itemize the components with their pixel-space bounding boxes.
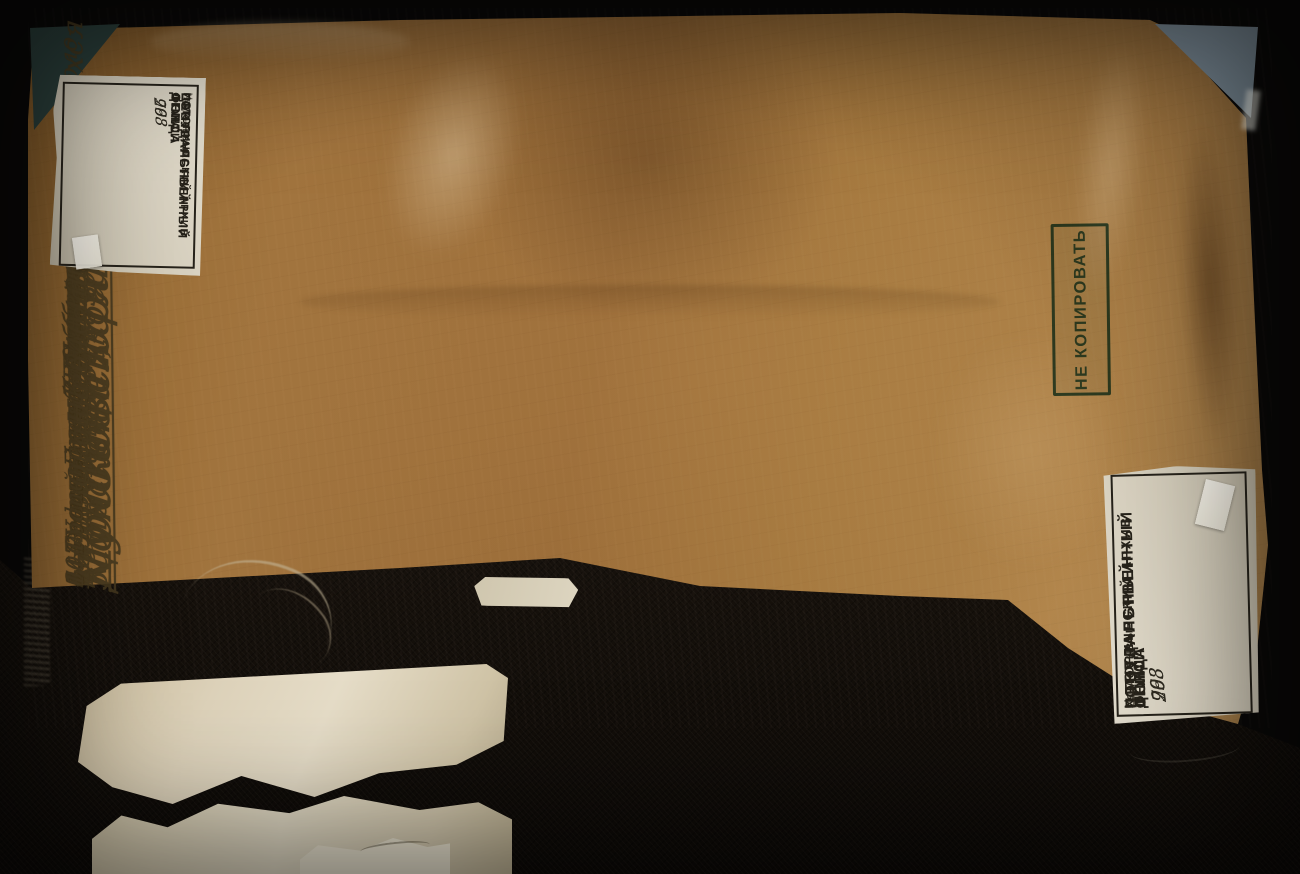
torn-paper-piece xyxy=(473,573,579,610)
tape-piece xyxy=(72,234,102,269)
field-label: ДЕЛА xyxy=(168,92,183,131)
label-frame: ЦЕНТРАЛЬНЫЙ ГОСУДАРСТВЕННЫЙ ИСТОРИЧЕСКИЙ… xyxy=(1110,471,1252,716)
handwritten-value: 99 xyxy=(1147,678,1171,702)
archive-label-right: ЦЕНТРАЛЬНЫЙ ГОСУДАРСТВЕННЫЙ ИСТОРИЧЕСКИЙ… xyxy=(1103,464,1262,724)
handwritten-value: 99 xyxy=(151,97,170,118)
archival-book-cover-photo: Московская Духовная Консистория Замоскво… xyxy=(0,0,1300,874)
do-not-copy-stamp: НЕ КОПИРОВАТЬ xyxy=(1051,223,1111,396)
